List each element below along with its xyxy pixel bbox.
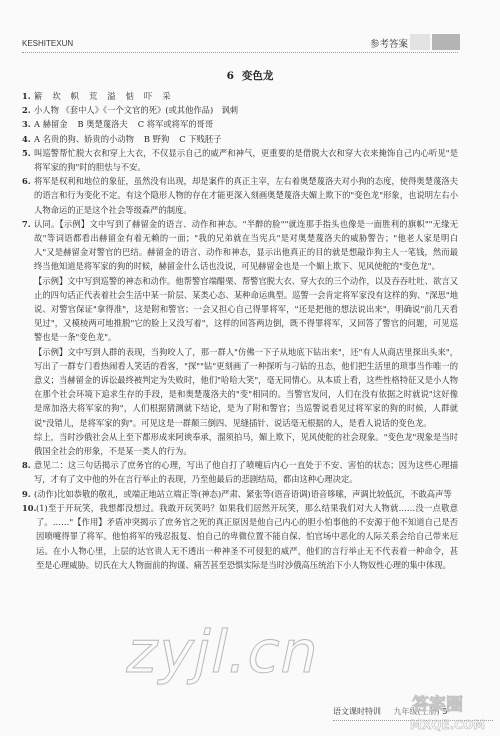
- answer-1: 1. 簖坎帜荒溢惦吓采: [22, 89, 458, 103]
- char: 溢: [107, 91, 115, 101]
- answer-number: 5.: [22, 146, 31, 160]
- char: 坎: [52, 91, 60, 101]
- option-c: C 下贱胚子: [179, 134, 221, 144]
- answer-4: 4. A 名贵的狗、娇贵的小动物B 野狗C 下贱胚子: [22, 132, 458, 146]
- answer-number: 2.: [22, 103, 31, 117]
- char: 吓: [144, 91, 152, 101]
- answer-2: 2. 小人物 《套中人》《一个文官的死》(或其他作品) 讽刺: [22, 103, 458, 117]
- answer-body: 1. 簖坎帜荒溢惦吓采 2. 小人物 《套中人》《一个文官的死》(或其他作品) …: [22, 89, 458, 572]
- option-b: B 野狗: [144, 134, 169, 144]
- course-title: 语文课时特训: [333, 707, 381, 716]
- header-tab-decoration: [410, 34, 430, 50]
- answer-number: 7.: [22, 217, 31, 231]
- option-a: A 赫留金: [34, 119, 68, 129]
- lesson-number: 6: [227, 70, 234, 82]
- answer-paragraph: 【示例】文中写到人群的表现，当狗咬人了，那一群人"仿佛一下子从地底下钻出来"，还…: [34, 345, 458, 430]
- char: 荒: [89, 91, 97, 101]
- answer-7: 7. 认同。【示例】文中写到了赫留金的语言、动作和神态。"半醉的脸""就连那手指…: [22, 217, 458, 458]
- answer-10: 10. (1)至于开玩笑，我想都没想过。我敢开玩笑吗？如果我们居然开玩笑，那么结…: [22, 501, 458, 572]
- answer-6: 6. 将军是权利和地位的象征，虽然没有出现，却是案件的真正主宰，左右着奥楚蔑洛夫…: [22, 174, 458, 217]
- answer-text: 叫巡警帮忙脱大衣和穿上大衣，不仅显示自己的威严和神气，更重要的是借脱大衣和穿大衣…: [34, 148, 458, 172]
- answer-text: 意见二：这三句话揭示了庶务官的心理，写出了他自打了喷嚏后内心一直处于不安、害怕的…: [34, 460, 458, 484]
- site-stamp-url: MXQE.COM: [410, 718, 485, 732]
- answer-number: 4.: [22, 132, 31, 146]
- char: 采: [162, 91, 170, 101]
- answer-number: 10.: [22, 501, 36, 515]
- lesson-title: 6变色龙: [0, 68, 500, 83]
- brand-label: KESHITEXUN: [22, 39, 73, 48]
- answer-5: 5. 叫巡警帮忙脱大衣和穿上大衣，不仅显示自己的威严和神气，更重要的是借脱大衣和…: [22, 146, 458, 174]
- answer-text: (1)至于开玩笑，我想都没想过。我敢开玩笑吗？如果我们居然开玩笑，那么结果我们对…: [36, 503, 458, 570]
- answer-number: 9.: [22, 487, 31, 501]
- answer-number: 1.: [22, 89, 31, 103]
- answer-paragraph: 综上，当时沙俄社会从上至下都形成来阿谀奉承，溜须拍马，媚上欺下，见风使舵的社会现…: [34, 430, 458, 458]
- option-b: B 奥楚蔑洛夫: [78, 119, 128, 129]
- answer-paragraph: 认同。【示例】文中写到了赫留金的语言、动作和神态。"半醉的脸""就连那手指头也像…: [34, 217, 458, 274]
- answer-text: 将军是权利和地位的象征，虽然没有出现，却是案件的真正主宰，左右着奥楚蔑洛夫对小狗…: [34, 176, 458, 214]
- char: 帜: [71, 91, 79, 101]
- option-c: C 将军或将军的哥哥: [138, 119, 213, 129]
- answer-number: 8.: [22, 458, 31, 472]
- section-label: 参考答案: [370, 36, 408, 50]
- char: 簖: [34, 91, 42, 101]
- answer-8: 8. 意见二：这三句话揭示了庶务官的心理，写出了他自打了喷嚏后内心一直处于不安、…: [22, 458, 458, 486]
- watermark: zyjl.cn: [121, 618, 327, 686]
- lesson-name: 变色龙: [242, 70, 274, 82]
- answer-number: 3.: [22, 117, 31, 131]
- answer-9: 9. (动作)比如恭敬的敬礼，或端正地站立端正等(神态)严肃、紧张等(语音语调)…: [22, 487, 458, 501]
- answer-3: 3. A 赫留金B 奥楚蔑洛夫C 将军或将军的哥哥: [22, 117, 458, 131]
- option-a: A 名贵的狗、娇贵的小动物: [34, 134, 134, 144]
- char: 惦: [126, 91, 134, 101]
- header-tab-decoration-dark: [432, 34, 460, 50]
- answer-paragraph: 【示例】文中写到巡警的神态和动作。他帮警官端醋栗、帮警官脱大衣、穿大衣的三个动作…: [34, 274, 458, 345]
- answer-text: 小人物 《套中人》《一个文官的死》(或其他作品) 讽刺: [34, 105, 238, 115]
- page-header: KESHITEXUN 参考答案: [22, 38, 458, 53]
- answer-text: (动作)比如恭敬的敬礼，或端正地站立端正等(神态)严肃、紧张等(语音语调)语音哆…: [34, 489, 452, 499]
- site-stamp: 答案圈: [412, 690, 463, 715]
- answer-number: 6.: [22, 174, 31, 188]
